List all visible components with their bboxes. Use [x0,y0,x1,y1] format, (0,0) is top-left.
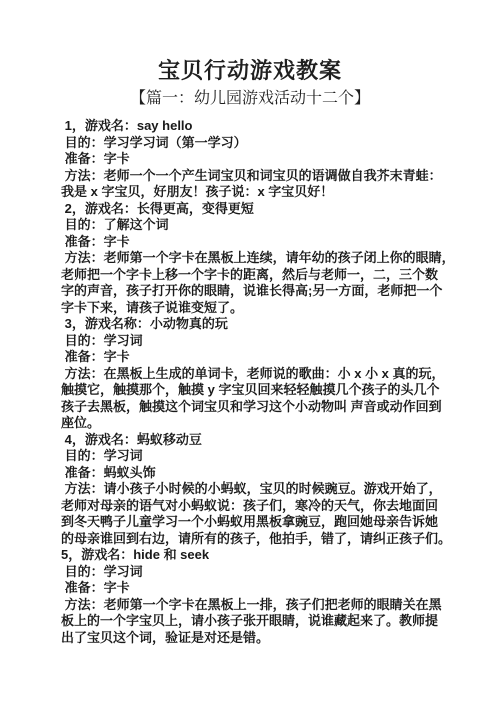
text-line: 字的声音，孩子打开你的眼睛，说谁长得高;另一方面，老师把一个 [61,283,460,300]
text-line: 方法：老师一个一个产生词宝贝和词宝贝的语调做自我芥末青蛙： [61,168,460,185]
text-line: 目的：学习学习词（第一学习） [61,135,460,152]
text-line: 准备：字卡 [61,151,460,168]
text-line: 孩子去黑板，触摸这个词宝贝和学习这个小动物叫 声音或动作回到 [61,399,460,416]
text-line: 目的：学习词 [61,333,460,350]
text-line: 老师对母亲的语气对小蚂蚁说：孩子们，寒冷的天气，你去地面回 [61,498,460,515]
text-line: 3，游戏名称：小动物真的玩 [61,316,460,333]
text-line: 方法：请小孩子小时候的小蚂蚁，宝贝的时候豌豆。游戏开始了， [61,481,460,498]
text-line: 2，游戏名：长得更高，变得更短 [61,201,460,218]
text-line: 触摸它，触摸那个，触摸 y 字宝贝回来轻轻触摸几个孩子的头几个 [61,382,460,399]
text-line: 目的：学习词 [61,448,460,465]
text-line: 目的：了解这个词 [61,217,460,234]
text-line: 出了宝贝这个词，验证是对还是错。 [61,630,460,647]
text-line: 目的：学习词 [61,564,460,581]
text-line: 准备：字卡 [61,580,460,597]
text-line: 方法：在黑板上生成的单词卡，老师说的歌曲：小 x 小 x 真的玩， [61,366,460,383]
text-line: 4，游戏名：蚂蚁移动豆 [61,432,460,449]
text-line: 字卡下来，请孩子说谁变短了。 [61,300,460,317]
document-body: 1，游戏名：say hello 目的：学习学习词（第一学习） 准备：字卡 方法：… [61,118,460,646]
text-line: 方法：老师第一个字卡在黑板上连续，请年幼的孩子闭上你的眼睛， [61,250,460,267]
text-line: 5，游戏名：hide 和 seek [61,547,460,564]
text-line: 准备：字卡 [61,349,460,366]
document-page: 宝贝行动游戏教案 【篇一：幼儿园游戏活动十二个】 1，游戏名：say hello… [0,0,500,707]
text-line: 方法：老师第一个字卡在黑板上一排，孩子们把老师的眼睛关在黑 [61,597,460,614]
text-line: 座位。 [61,415,460,432]
text-line: 老师把一个字卡上移一个字卡的距离，然后与老师一，二，三个数 [61,267,460,284]
text-line: 我是 x 字宝贝，好朋友！孩子说：x 字宝贝好！ [61,184,460,201]
text-line: 的母亲谁回到右边，请所有的孩子，他拍手，错了，请纠正孩子们。 [61,531,460,548]
text-line: 1，游戏名：say hello [61,118,460,135]
text-line: 板上的一个字宝贝上，请小孩子张开眼睛，说谁藏起来了。教师提 [61,613,460,630]
text-line: 准备：字卡 [61,234,460,251]
document-title: 宝贝行动游戏教案 [0,57,500,85]
document-subtitle: 【篇一：幼儿园游戏活动十二个】 [0,85,500,113]
text-line: 准备：蚂蚁头饰 [61,465,460,482]
text-line: 到冬天鸭子儿童学习一个小蚂蚁用黑板拿豌豆，跑回她母亲告诉她 [61,514,460,531]
